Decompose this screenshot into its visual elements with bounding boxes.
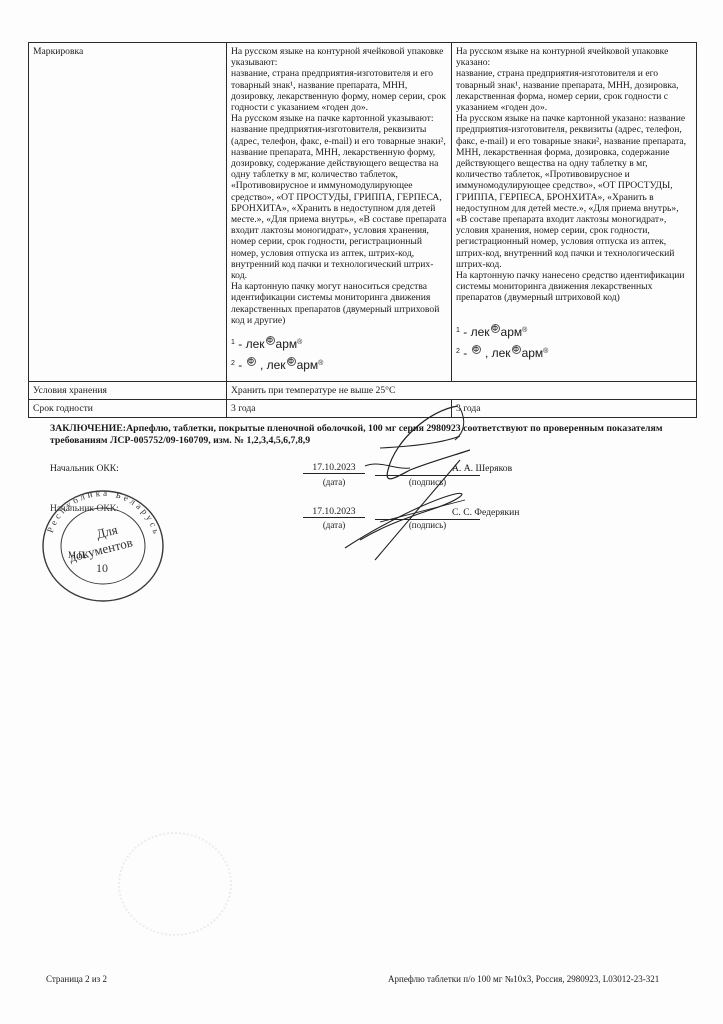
paragraph: название, страна предприятия-изготовител… <box>456 68 692 113</box>
pharm-logo-icon: Ф <box>472 345 481 354</box>
trademark-legend: 1 - лекФарм® 2 - Ф , лекФарм® <box>231 336 447 372</box>
paragraph: На русском языке на контурной ячейковой … <box>456 46 692 68</box>
row-label-marking: Маркировка <box>29 43 227 382</box>
paragraph: На картонную пачку могут наноситься сред… <box>231 281 447 326</box>
table-row-marking: Маркировка На русском языке на контурной… <box>29 43 697 382</box>
trademark-1: 1 - лекФарм® <box>231 336 447 351</box>
pharm-logo-icon: Ф <box>247 357 256 366</box>
signature-caption-1: (подпись) <box>375 477 480 487</box>
specification-table: Маркировка На русском языке на контурной… <box>28 42 697 418</box>
round-stamp-icon: Республика Беларусь Для документов 10 М.… <box>38 488 168 604</box>
storage-value: Хранить при температуре не выше 25°C <box>227 382 697 400</box>
document-page: Маркировка На русском языке на контурной… <box>0 0 723 1024</box>
shelf-life-actual: 3 года <box>452 400 697 418</box>
row-label-shelf-life: Срок годности <box>29 400 227 418</box>
pharm-logo-icon: Ф <box>266 336 275 345</box>
table-row-shelf-life: Срок годности 3 года 3 года <box>29 400 697 418</box>
row-label-storage: Условия хранения <box>29 382 227 400</box>
signer-name-1: А. А. Шеряков <box>452 463 512 474</box>
svg-text:М.П.: М.П. <box>68 550 87 560</box>
conclusion-line-2: требованиям ЛСР-005752/09-160709, изм. №… <box>50 435 710 447</box>
signature-date-1: 17.10.2023 <box>303 462 365 474</box>
paragraph: На картонную пачку нанесено средство иде… <box>456 270 692 304</box>
registered-icon: ® <box>543 348 548 355</box>
pharm-logo-icon: Ф <box>287 357 296 366</box>
conclusion: ЗАКЛЮЧЕНИЕ:Арпефлю, таблетки, покрытые п… <box>50 423 710 447</box>
marking-actual-cell: На русском языке на контурной ячейковой … <box>452 43 697 382</box>
signature-caption-2: (подпись) <box>375 520 480 530</box>
paragraph: На русском языке на контурной ячейковой … <box>231 46 447 68</box>
signer-role-1: Начальник ОКК: <box>50 463 119 474</box>
registered-icon: ® <box>522 327 527 334</box>
conclusion-line-1: ЗАКЛЮЧЕНИЕ:Арпефлю, таблетки, покрытые п… <box>50 423 710 435</box>
paragraph: На русском языке на пачке картонной указ… <box>456 113 692 270</box>
date-caption-1: (дата) <box>303 477 365 487</box>
trademark-1: 1 - лекФарм® <box>456 324 692 339</box>
paragraph: название, страна предприятия-изготовител… <box>231 68 447 113</box>
registered-icon: ® <box>318 360 323 367</box>
registered-icon: ® <box>297 339 302 346</box>
pharm-logo-icon: Ф <box>491 324 500 333</box>
date-caption-2: (дата) <box>303 520 365 530</box>
product-footer: Арпефлю таблетки п/о 100 мг №10x3, Росси… <box>388 974 659 984</box>
faded-stamp-mark <box>118 832 232 936</box>
page-number: Страница 2 из 2 <box>46 974 107 984</box>
shelf-life-required: 3 года <box>227 400 452 418</box>
signature-date-2: 17.10.2023 <box>303 506 365 518</box>
trademark-2: 2 - Ф , лекФарм® <box>231 357 447 372</box>
paragraph: На русском языке на пачке картонной указ… <box>231 113 447 281</box>
trademark-legend: 1 - лекФарм® 2 - Ф , лекФарм® <box>456 324 692 360</box>
trademark-2: 2 - Ф , лекФарм® <box>456 345 692 360</box>
signer-name-2: С. С. Федерякин <box>452 507 519 518</box>
pharm-logo-icon: Ф <box>512 345 521 354</box>
table-row-storage: Условия хранения Хранить при температуре… <box>29 382 697 400</box>
svg-text:10: 10 <box>96 561 108 575</box>
marking-requirements-cell: На русском языке на контурной ячейковой … <box>227 43 452 382</box>
